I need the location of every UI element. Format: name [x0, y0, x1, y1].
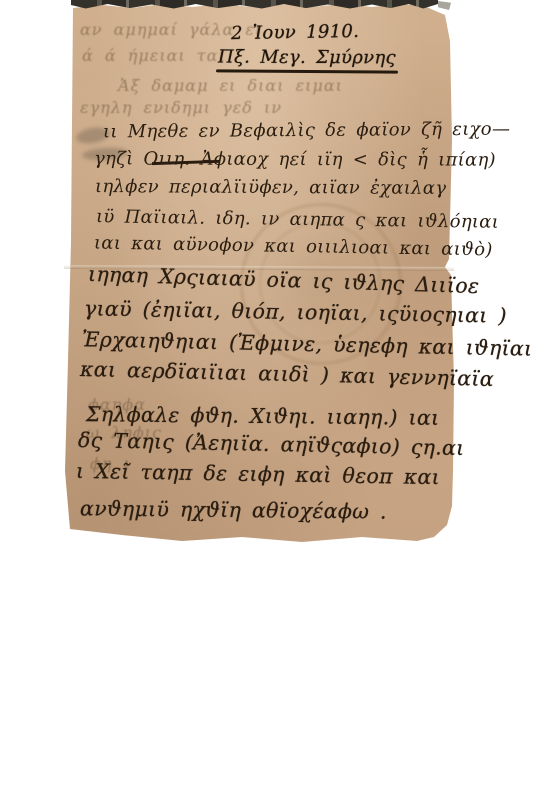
handwritten-line: ιηλϕεν περιαλϊιϋϕεν, αιϊαν ἐχαιλαγ: [95, 176, 446, 199]
handwritten-line: Σηλϕαλε ϕϑη. Χιϑηι. ιιαηη.) ιαι: [86, 402, 440, 430]
heading-line: Πξ. Μεγ. Σμύρνης: [218, 47, 396, 69]
handwritten-line: γηζὶ Οιιη. Ἀϕιαοχ ηεί ιϊη < δὶς ἧ ιπίαη): [94, 148, 496, 170]
handwritten-line: ανϑημιϋ ηχϑϊη αθϊοχέαϕω .: [80, 496, 387, 523]
scan-background: αν αμημαί γάλα ει ά ά ήμειαι ται Ἀξ δαμα…: [0, 0, 549, 800]
bleedthrough-line: ά ά ήμειαι ται: [82, 46, 226, 65]
bleedthrough-line: εγηλη ενιδημι γεδ ιν: [80, 98, 282, 117]
bleedthrough-line: Ἀξ δαμαμ ει διαι ειμαι: [118, 76, 343, 95]
handwritten-line: ιι Μηεθε εν Βεϕαιλὶς δε ϕαϊον ζῆ ειχο—: [103, 119, 510, 143]
date-line: 2 Ἰουν 1910.: [231, 21, 359, 44]
torn-top-edge-corner: [438, 1, 451, 10]
